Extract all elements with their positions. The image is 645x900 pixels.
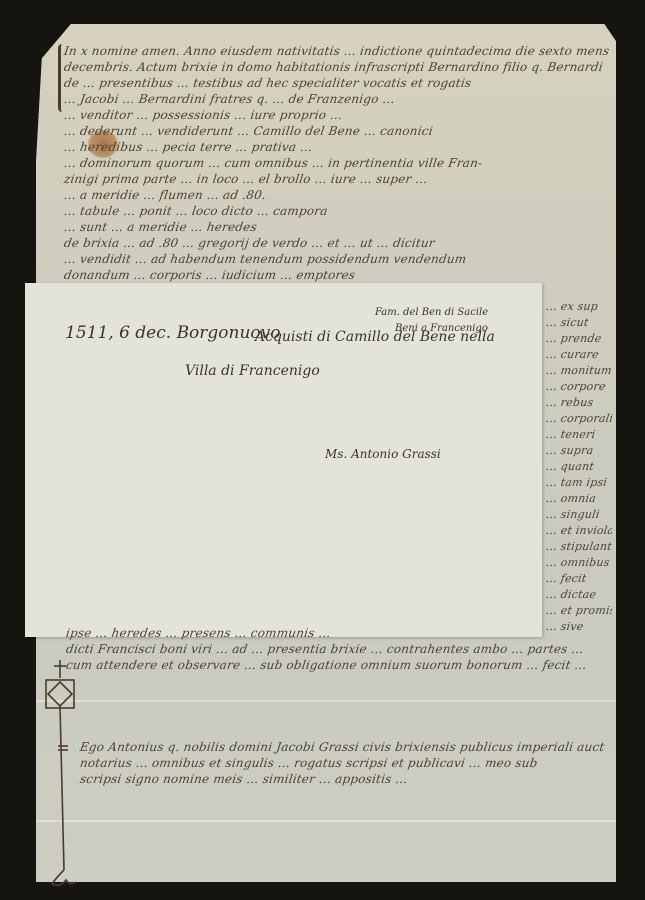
text-line: ... ex sup [545,300,613,313]
text-line: decembris. Actum brixie in domo habitati… [63,60,610,74]
text-line: ipse ... heredes ... presens ... communi… [65,626,537,640]
text-line: ... rebus [545,396,613,409]
fold-line [36,820,616,822]
text-line: ... teneri [545,428,613,441]
text-line: ... corporali [545,412,613,425]
fold-line [36,700,616,702]
text-line: ... omnia [545,492,613,505]
text-line: dicti Francisci boni viri ... ad ... pre… [65,642,612,656]
text-line: ... curare [545,348,613,361]
archival-label-card: 1511, 6 dec. Borgonuovo Acquisti di Cami… [25,283,542,637]
text-line: notarius ... omnibus et singulis ... rog… [79,756,606,770]
text-line: ... a meridie ... flumen ... ad .80. [63,188,610,202]
text-line: In x nomine amen. Anno eiusdem nativitat… [63,44,610,58]
label-corner-note: Beni a Francenigo [395,323,488,334]
text-line: ... quant [545,460,613,473]
text-line: ... dominorum quorum ... cum omnibus ...… [63,156,610,170]
text-line: ... sicut [545,316,613,329]
text-line: ... stipulant [545,540,613,553]
text-line: ... vendidit ... ad habendum tenendum po… [63,252,610,266]
text-line: ... fecit [545,572,613,585]
text-line: ... Jacobi ... Bernardini fratres q. ...… [63,92,610,106]
text-line: ... tam ipsi [545,476,613,489]
text-line: ... omnibus [545,556,613,569]
text-line: scripsi signo nomine meis ... similiter … [79,772,501,786]
text-line: Ego Antonius q. nobilis domini Jacobi Gr… [79,740,606,754]
label-corner-note: Fam. del Ben di Sacile [375,307,488,318]
notarial-signum-icon [40,660,80,890]
text-line: ... et promis [545,604,613,617]
label-title-cont: Villa di Francenigo [185,363,320,379]
text-line: ... heredibus ... pecia terre ... prativ… [63,140,610,154]
text-line: ... prende [545,332,613,345]
text-line: ... sunt ... a meridie ... heredes [63,220,610,234]
text-line: ... tabule ... ponit ... loco dicto ... … [63,204,610,218]
text-line: de brixia ... ad .80 ... gregorij de ver… [63,236,610,250]
label-signature: Ms. Antonio Grassi [325,447,441,461]
text-line: ... venditor ... possessionis ... iure p… [63,108,610,122]
text-line: ... dederunt ... vendiderunt ... Camillo… [63,124,610,138]
text-line: ... supra [545,444,613,457]
text-line: ... sive [545,620,613,633]
label-date: 1511, 6 dec. Borgonuovo [65,323,281,343]
text-line: zinigi prima parte ... in loco ... el br… [63,172,610,186]
text-line: ... monitum [545,364,613,377]
text-line: de ... presentibus ... testibus ad hec s… [63,76,610,90]
text-line: ... dictae [545,588,613,601]
text-line: donandum ... corporis ... iudicium ... e… [63,268,610,282]
text-line: ... corpore [545,380,613,393]
text-line: cum attendere et observare ... sub oblig… [65,658,612,672]
text-line: ... et inviolat [545,524,613,537]
text-line: ... singuli [545,508,613,521]
